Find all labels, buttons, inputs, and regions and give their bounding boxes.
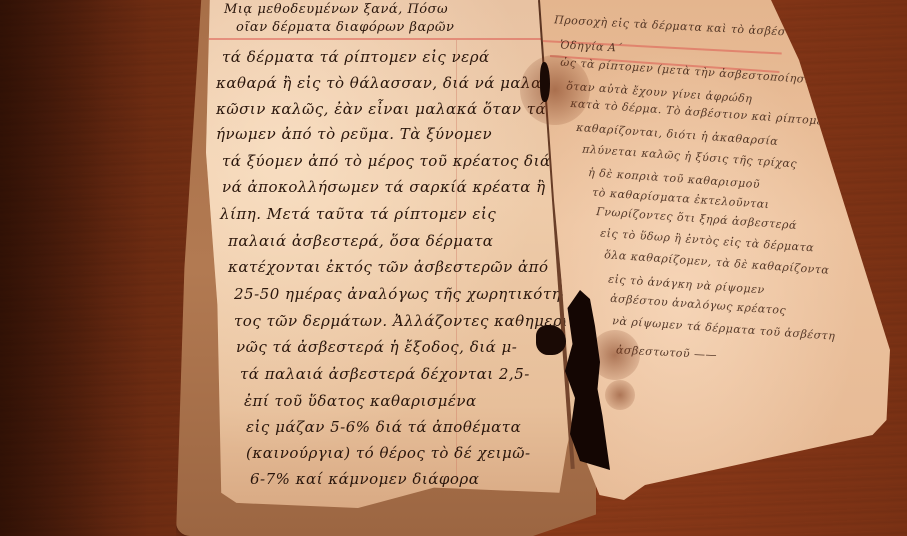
handwritten-line: λίπη. Μετά ταῦτα τά ρίπτομεν εἰς xyxy=(220,205,496,223)
burn-mark xyxy=(536,325,566,355)
handwritten-line: νῶς τά ἀσβεστερά ἡ ἔξοδος, διά μ- xyxy=(236,338,517,356)
handwritten-line: Μιᾳ μεθοδευμένων ξανά, Πόσω xyxy=(224,2,448,17)
handwritten-heading: οῖαν δέρματα διαφόρων βαρῶν xyxy=(236,20,454,35)
handwritten-line: καθαρά ἢ εἰς τὸ θάλασσαν, διά νά μαλα- xyxy=(216,74,547,92)
handwritten-line: τος τῶν δερμάτων. Ἀλλάζοντες καθημερι- xyxy=(234,312,574,330)
handwritten-line: ἐπί τοῦ ὕδατος καθαρισμένα xyxy=(244,392,477,410)
handwritten-line: Προσοχὴ εἰς τὰ δέρματα καὶ τὸ ἀσβέστιον xyxy=(554,13,812,39)
ink-stain xyxy=(520,55,590,125)
handwritten-line: ήνωμεν ἀπό τὸ ρεῦμα. Τὰ ξύνομεν xyxy=(216,125,492,143)
left-page-red-rule xyxy=(206,38,546,40)
handwritten-line: κατέχονται ἐκτός τῶν ἀσβεστερῶν ἀπό xyxy=(228,258,549,276)
handwritten-line: (καινούργια) τό θέρος τὸ δέ χειμῶ- xyxy=(246,444,531,462)
table-shadow xyxy=(0,0,150,536)
burn-mark xyxy=(540,62,550,102)
handwritten-line: 25-50 ημέρας ἀναλόγως τῆς χωρητικότη- xyxy=(234,285,567,303)
ink-stain xyxy=(605,380,635,410)
handwritten-line: παλαιά ἀσβεστερά, ὅσα δέρματα xyxy=(228,232,493,250)
handwritten-line: τά δέρματα τά ρίπτομεν εἰς νερά xyxy=(222,48,490,66)
handwritten-line: τά ξύομεν ἀπό τὸ μέρος τοῦ κρέατος διά xyxy=(222,152,551,170)
handwritten-line: εἰς μάζαν 5-6% διά τά ἀποθέματα xyxy=(246,418,521,436)
handwritten-line: νὰ ρίψωμεν τά δέρματα τοῦ ἀσβέστη xyxy=(612,314,836,343)
handwritten-heading: Ὁδηγία Α΄ xyxy=(560,38,623,54)
handwritten-line: 6-7% καί κάμνομεν διάφορα xyxy=(250,470,479,488)
handwritten-line: νά ἀποκολλήσωμεν τά σαρκίά κρέατα ἢ xyxy=(222,178,546,196)
handwritten-line: τά παλαιά ἀσβεστερά δέχονται 2,5- xyxy=(240,365,530,383)
